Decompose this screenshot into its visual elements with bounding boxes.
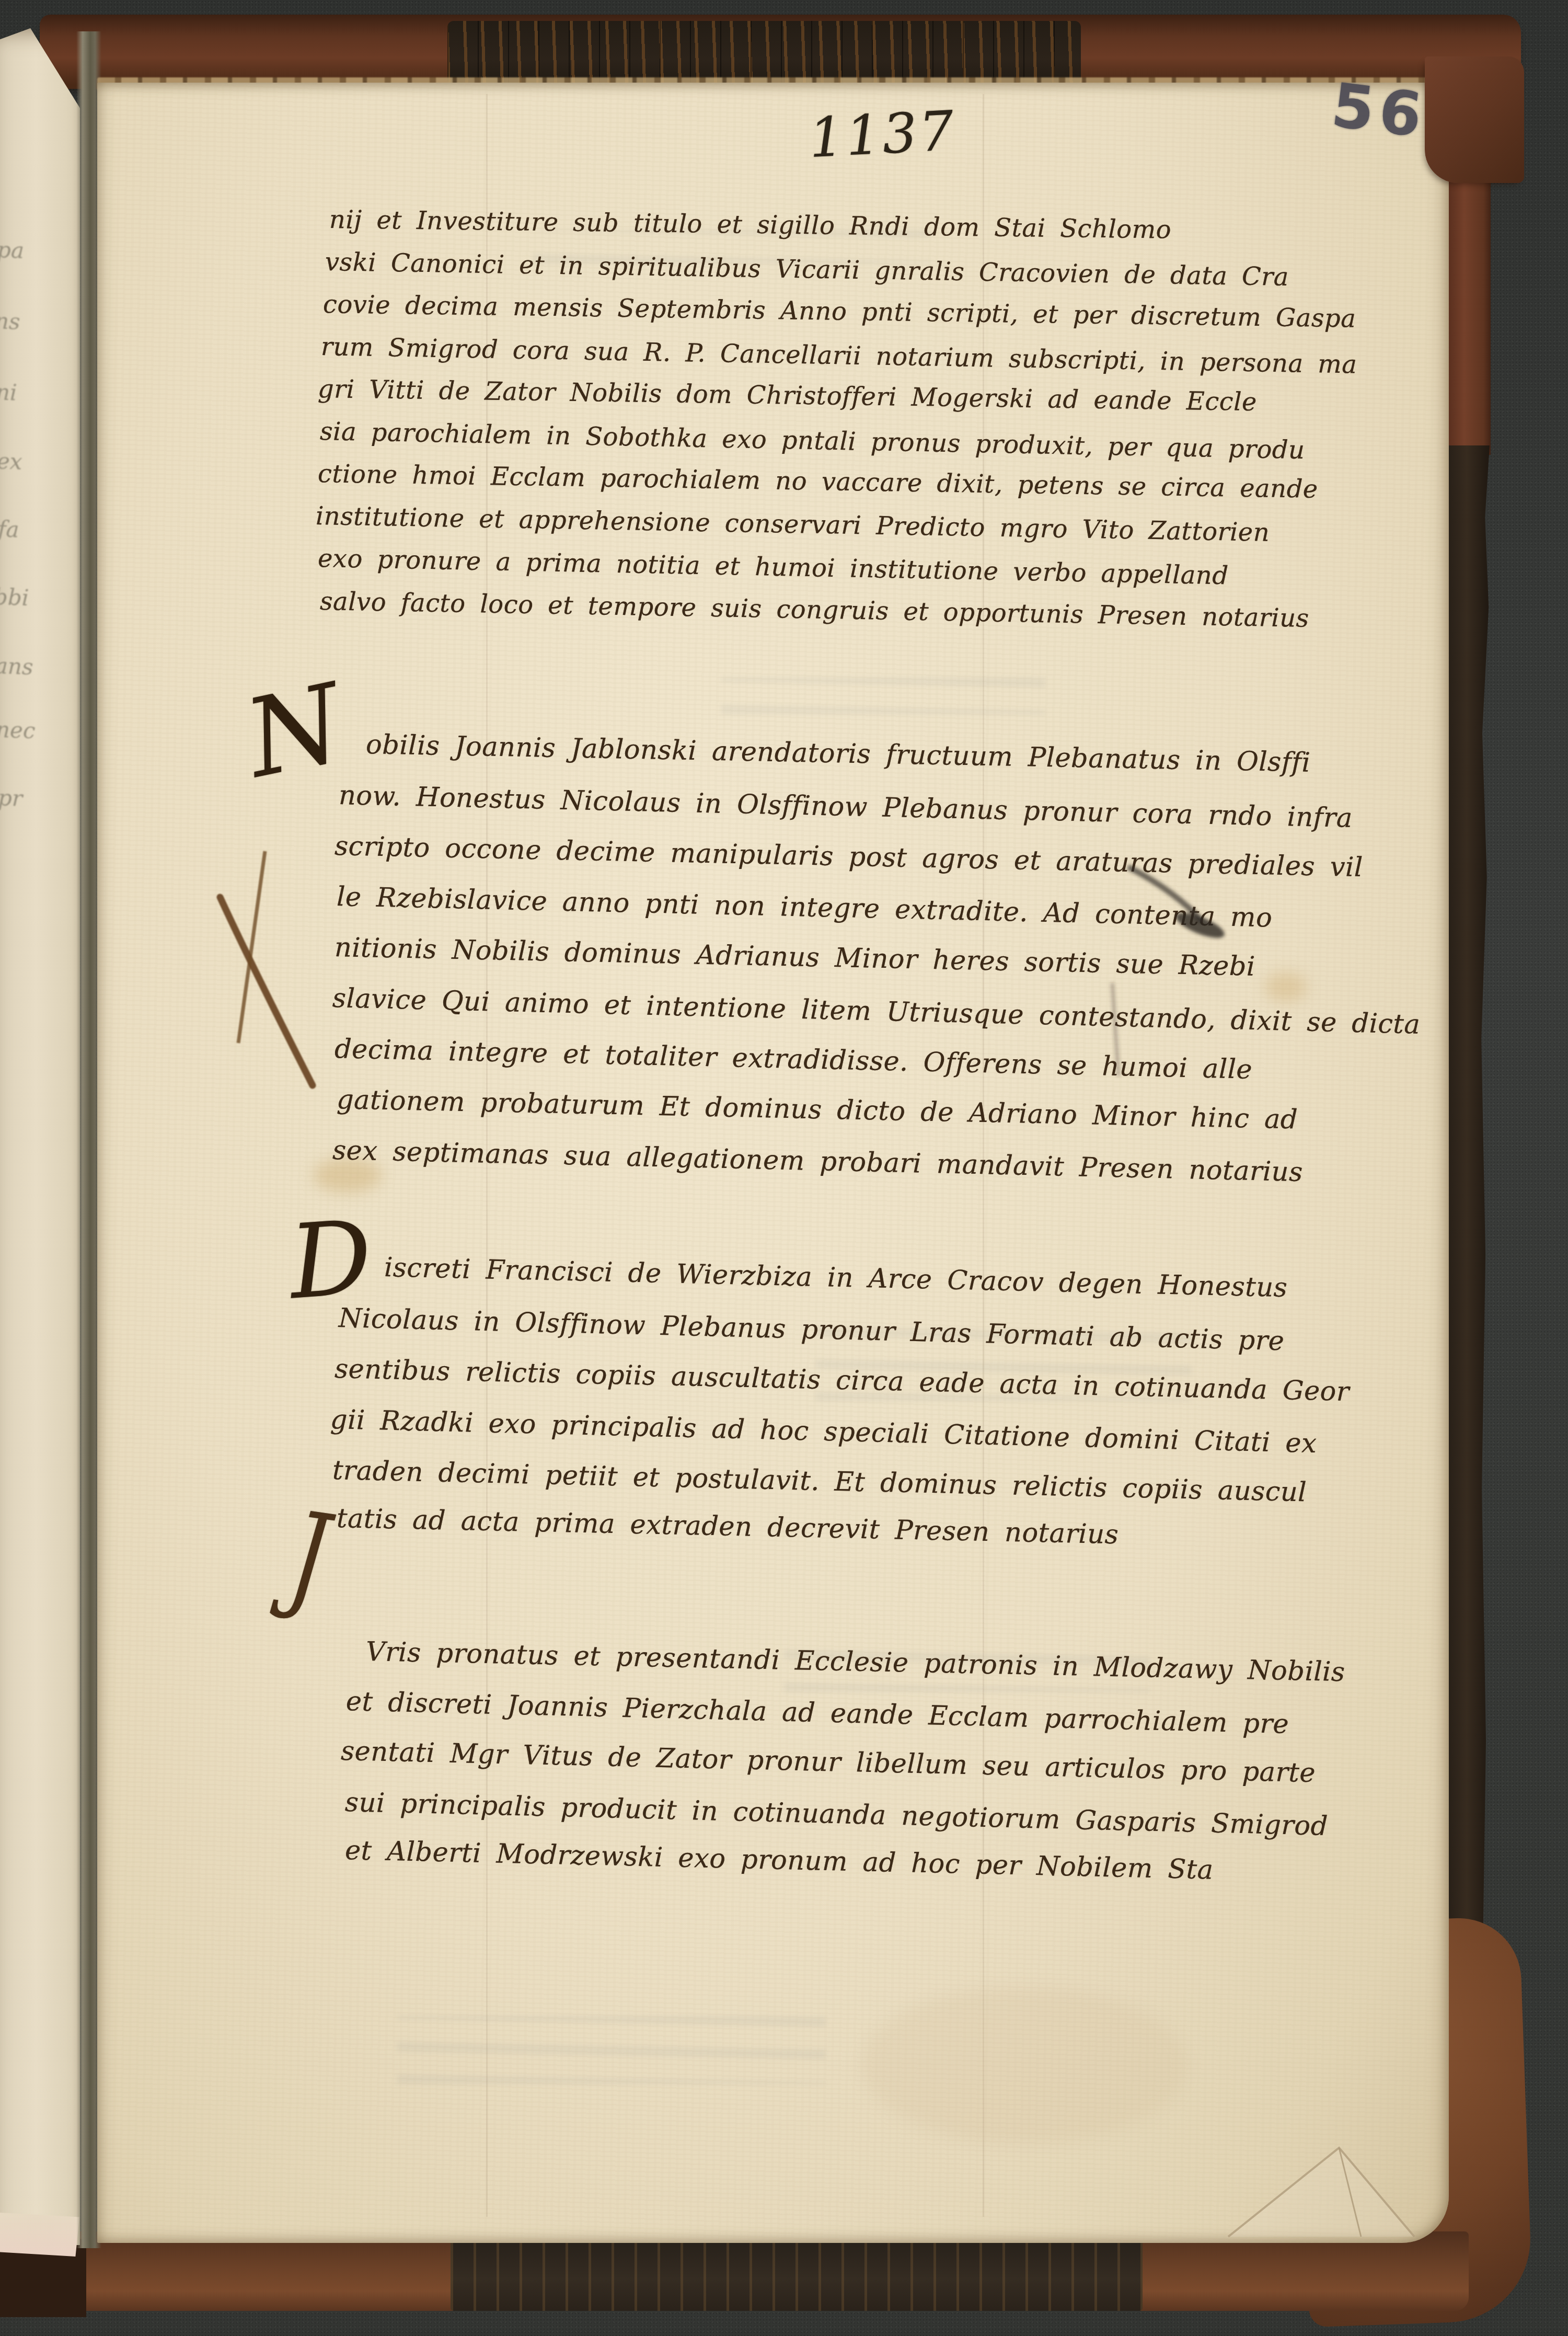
manuscript-photo-stage: pa ns ni ex fa bbi ans nec pr 1137 569 n…: [0, 0, 1568, 2336]
manuscript-line: sentati Mgr Vitus de Zator pronur libell…: [340, 1736, 1316, 1789]
manuscript-line: et discreti Joannis Pierzchala ad eande …: [345, 1686, 1289, 1740]
manuscript-line: et Alberti Modrzewski exo pronum ad hoc …: [344, 1835, 1214, 1886]
binding-top-right-corner: [1425, 56, 1524, 183]
manuscript-line: sui principalis producit in cotinuanda n…: [344, 1787, 1328, 1842]
manuscript-line: Vris pronatus et presentandi Ecclesie pa…: [365, 1636, 1345, 1688]
paragraph-4: Vris pronatus et presentandi Ecclesie pa…: [0, 0, 1568, 2336]
